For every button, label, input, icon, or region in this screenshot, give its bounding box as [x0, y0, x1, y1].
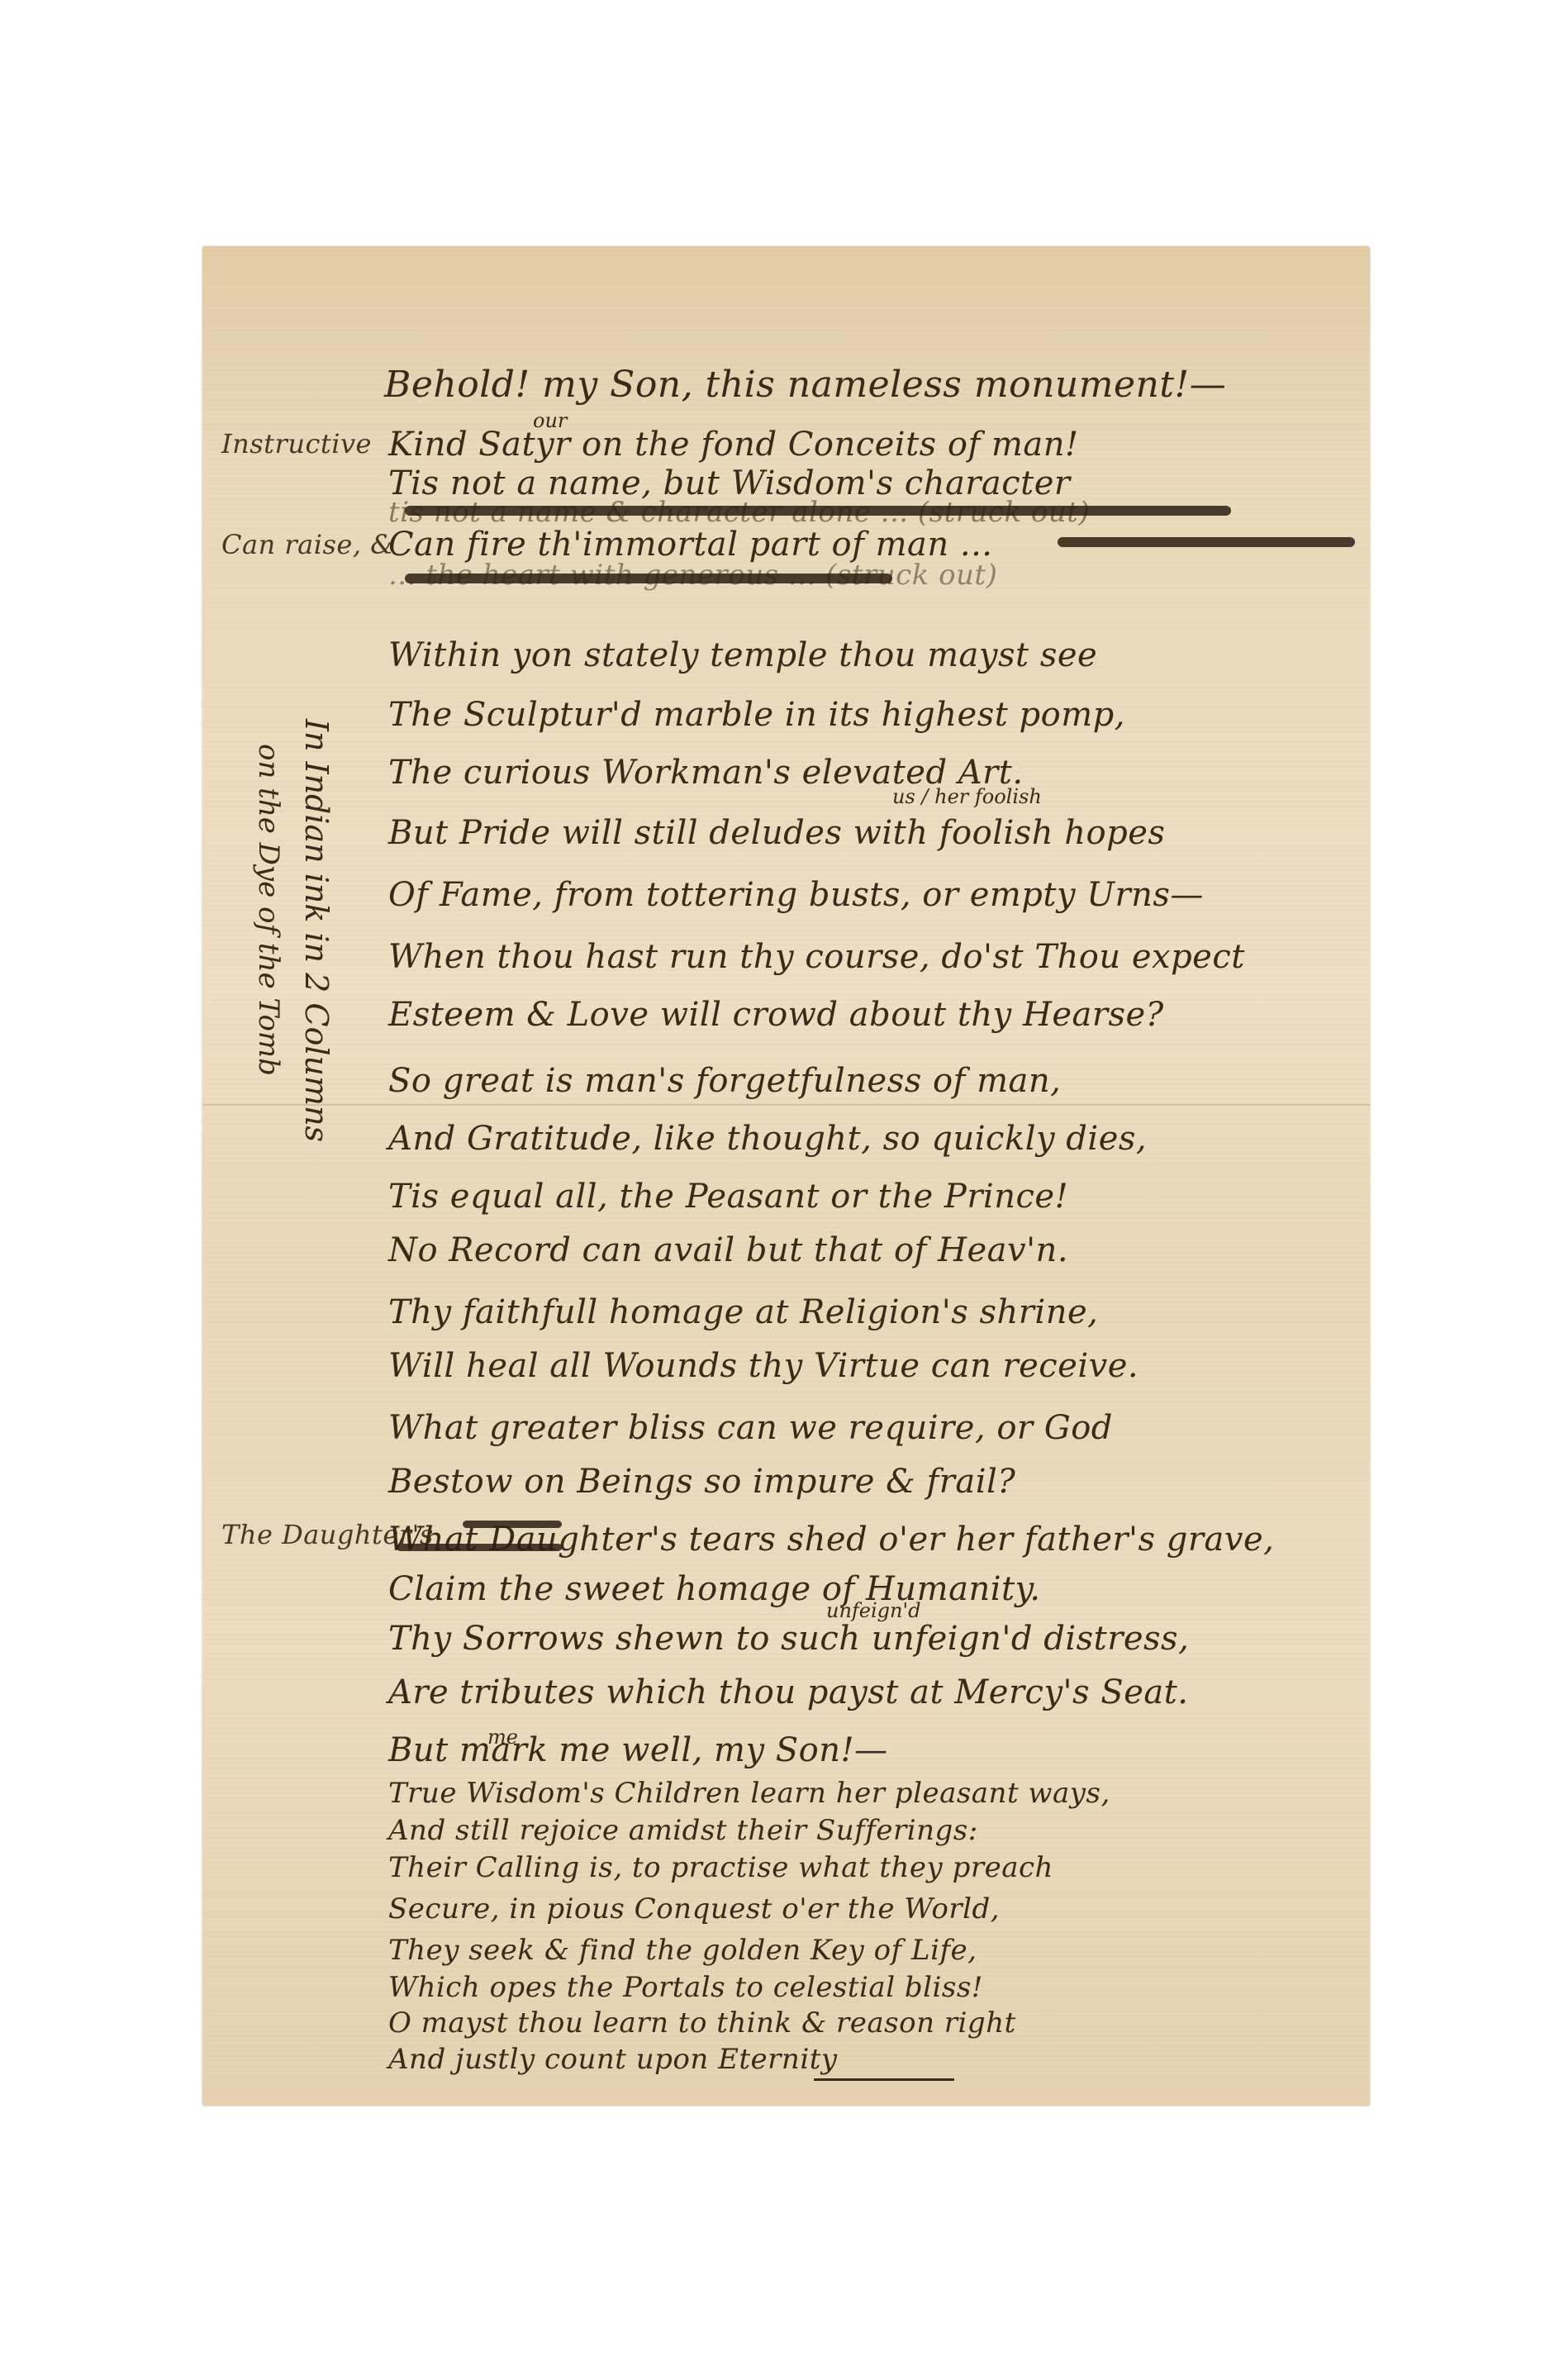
poem-line: But mark me well, my Son!—	[388, 1731, 888, 1769]
insertion-us: us / her foolish	[892, 785, 1042, 808]
poem-line: The Sculptur'd marble in its highest pom…	[388, 696, 1125, 734]
ink-strike	[463, 1521, 562, 1528]
poem-line: Kind Satyr on the fond Conceits of man!	[388, 426, 1079, 464]
poem-line: They seek & find the golden Key of Life,	[388, 1934, 977, 1967]
ink-strike	[397, 1544, 562, 1551]
poem-line: Thy Sorrows shewn to such unfeign'd dist…	[388, 1620, 1189, 1658]
poem-line: So great is man's forgetfulness of man,	[388, 1062, 1061, 1100]
poem-line: And still rejoice amidst their Suffering…	[388, 1814, 978, 1847]
vertical-margin-note-1: In Indian ink in 2 Columns	[298, 719, 335, 1142]
margin-note-instructive: Instructive	[221, 428, 372, 459]
poem-line: Which opes the Portals to celestial blis…	[388, 1971, 983, 2004]
poem-line: No Record can avail but that of Heav'n.	[388, 1231, 1068, 1269]
poem-line: Within yon stately temple thou mayst see	[388, 636, 1097, 674]
poem-line: And justly count upon Eternity	[388, 2043, 838, 2076]
ink-strike	[405, 574, 892, 583]
poem-line: Claim the sweet homage of Humanity.	[388, 1570, 1041, 1608]
poem-line: When thou hast run thy course, do'st Tho…	[388, 938, 1245, 976]
poem-line: Will heal all Wounds thy Virtue can rece…	[388, 1347, 1139, 1385]
poem-line: But Pride will still deludes with foolis…	[388, 814, 1165, 852]
poem-line: Thy faithfull homage at Religion's shrin…	[388, 1293, 1098, 1331]
insertion-unfeigned: unfeign'd	[826, 1599, 920, 1622]
poem-line: Tis equal all, the Peasant or the Prince…	[388, 1178, 1068, 1216]
paper-fold	[202, 1104, 1370, 1106]
poem-line: Bestow on Beings so impure & frail?	[388, 1463, 1015, 1501]
ink-strike	[405, 506, 1231, 516]
poem-line: O mayst thou learn to think & reason rig…	[388, 2006, 1016, 2040]
poem-line: True Wisdom's Children learn her pleasan…	[388, 1777, 1110, 1810]
poem-line: Esteem & Love will crowd about thy Hears…	[388, 996, 1164, 1034]
poem-line: Secure, in pious Conquest o'er the World…	[388, 1892, 1000, 1925]
eternity-underline	[814, 2078, 954, 2081]
margin-note-can-raise: Can raise, &	[221, 529, 394, 560]
title-line: Behold! my Son, this nameless monument!—	[384, 364, 1226, 406]
poem-line: And Gratitude, like thought, so quickly …	[388, 1120, 1147, 1158]
poem-line: Their Calling is, to practise what they …	[388, 1851, 1053, 1884]
poem-line: Of Fame, from tottering busts, or empty …	[388, 876, 1204, 914]
poem-line: What greater bliss can we require, or Go…	[388, 1409, 1113, 1447]
poem-line: Are tributes which thou payst at Mercy's…	[388, 1673, 1189, 1711]
vertical-margin-note-2: on the Dye of the Tomb	[252, 744, 285, 1076]
ink-strike	[1058, 537, 1355, 547]
